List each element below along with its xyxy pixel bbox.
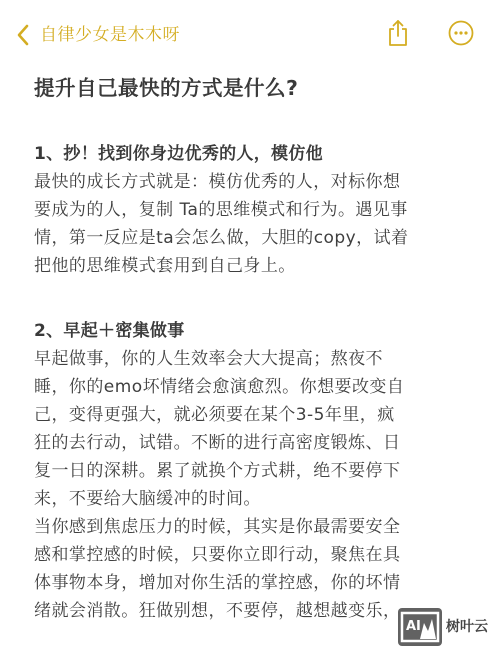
back-button[interactable]: 自律少女是木木呀 [12,20,180,50]
paragraph-line: 复一日的深耕。累了就换个方式耕，绝不要停下 [34,457,474,485]
paragraph-line: 睡，你的emo坏情绪会愈演愈烈。你想要改变自 [34,373,474,401]
paragraph-line: 早起做事，你的人生效率会大大提高；熬夜不 [34,345,474,373]
paragraph-line: 要成为的人，复制 Ta的思维模式和行为。遇见事 [34,196,474,224]
paragraph-line: 最快的成长方式就是：模仿优秀的人，对标你想 [34,168,474,196]
section-heading: 2、早起＋密集做事 [34,317,474,345]
paragraph-line: 体事物本身，增加对你生活的掌控感，你的坏情 [34,569,474,597]
section-heading: 1、抄！找到你身边优秀的人，模仿他 [34,140,474,168]
article-content: 提升自己最快的方式是什么? 1、抄！找到你身边优秀的人，模仿他 最快的成长方式就… [34,70,474,625]
share-icon [386,19,410,51]
section-2: 2、早起＋密集做事 早起做事，你的人生效率会大大提高；熬夜不 睡，你的emo坏情… [34,317,474,625]
author-name: 自律少女是木木呀 [40,20,180,50]
watermark-text: 树叶云 [446,618,488,636]
paragraph-line: 狂的去行动，试错。不断的进行高密度锻炼、日 [34,429,474,457]
chevron-left-icon [12,20,34,50]
paragraph-line: 来，不要给大脑缓冲的时间。 [34,485,474,513]
paragraph-line: 感和掌控感的时候，只要你立即行动，聚焦在具 [34,541,474,569]
watermark-name: 树叶云 [446,618,488,636]
page-title: 提升自己最快的方式是什么? [34,73,474,103]
watermark-logo-icon: AI [398,608,442,646]
paragraph-line: 当你感到焦虑压力的时候，其实是你最需要安全 [34,513,474,541]
paragraph-line: 情，第一反应是ta会怎么做，大胆的copy，试着 [34,224,474,252]
nav-bar: 自律少女是木木呀 [0,0,500,70]
more-ellipsis-icon [447,19,475,51]
watermark: AI 树叶云 [398,604,500,650]
more-button[interactable] [446,20,476,50]
section-1: 1、抄！找到你身边优秀的人，模仿他 最快的成长方式就是：模仿优秀的人，对标你想 … [34,140,474,280]
paragraph-line: 把他的思维模式套用到自己身上。 [34,252,474,280]
paragraph-line: 己，变得更强大，就必须要在某个3-5年里，疯 [34,401,474,429]
svg-text:AI: AI [406,619,421,634]
share-button[interactable] [383,20,413,50]
